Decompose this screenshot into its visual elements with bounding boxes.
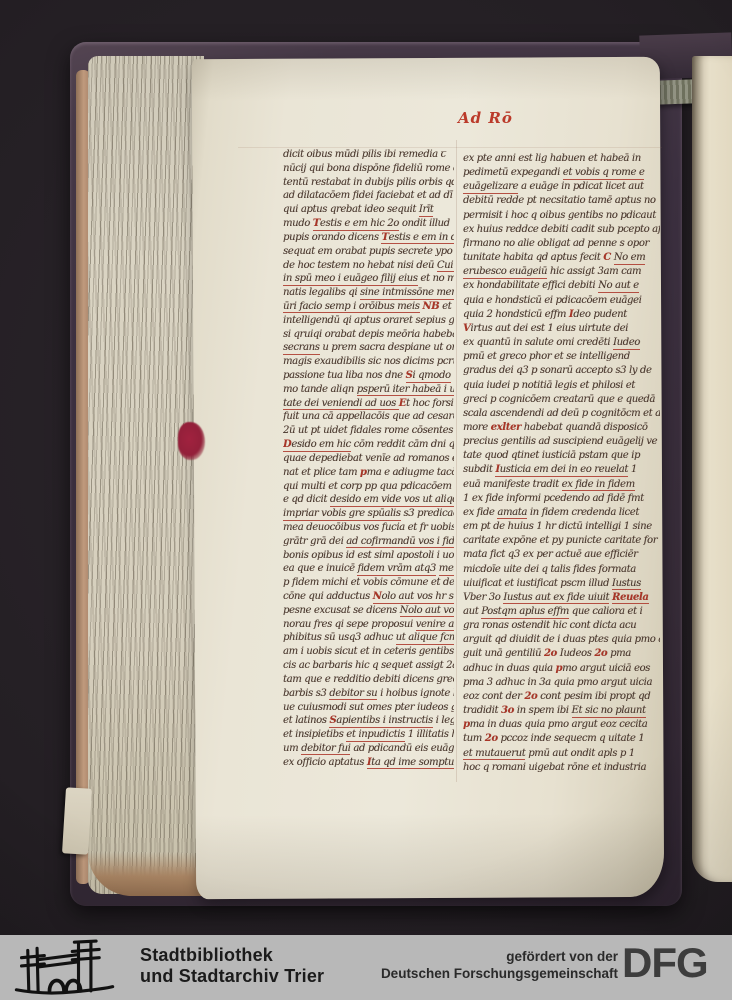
manuscript-line: quia iudei p notitiā legis et philosi et [463, 380, 660, 394]
manuscript-line: uiuificat et iustificat pscm illud Iustu… [463, 578, 660, 592]
ink-text: ex quantū in salute omi credēti [463, 337, 613, 348]
ink-text: ex fide [463, 507, 497, 518]
ink-text: mata fict q3 ex per actuē aue efficiēr [463, 549, 638, 560]
library-name-line1: Stadtbibliothek [140, 945, 324, 966]
rubricated-text: p [463, 719, 470, 730]
manuscript-line: Virtus aut dei est 1 eius uirtute dei [463, 323, 660, 337]
ink-text: tate quod qtinet iusticiā pstam que ip [463, 450, 640, 461]
ink-text: i qmodo [412, 370, 450, 383]
red-wax-stain [178, 422, 205, 460]
manuscript-line: e qd dicit desido em vide vos ut aliqd [283, 494, 454, 508]
ink-text: ue cuiusmodi sut omes pter iudeos grecos [283, 702, 454, 713]
ink-text: habebat quandā disposicō [521, 422, 648, 433]
ink-text: in spem ibi [514, 705, 572, 716]
manuscript-line: 1 ex fide informi pcedendo ad fidē fmt [463, 493, 660, 507]
ink-text: qui multi et corp pp qua pdicacōem [283, 481, 454, 492]
manuscript-line: intelligendū qi aptus oraret sepius gimu… [283, 315, 454, 329]
ink-text: norau fres qi sepe proposui [283, 619, 416, 630]
ink-text: mo argut uiciā eos [562, 663, 650, 674]
ink-text: natis legalibs qi [283, 287, 360, 298]
ink-text: et vobis q rome e [563, 167, 645, 180]
ink-text: phibitus sū usq3 adhuc [283, 632, 396, 643]
ink-text: et no mobse [418, 273, 454, 284]
ink-text: gradus dei q3 p sonarū accepto s3 ly de [463, 365, 652, 376]
ink-text: nūcij qui bona dispōne fideliū rome cor [283, 163, 454, 174]
left-page-edge-stack [88, 56, 204, 894]
ink-text: tam que e redditio debiti dicens grecis … [283, 674, 454, 685]
ink-text: pupis orando dicens [283, 232, 381, 243]
ink-text: mudo [283, 218, 313, 229]
manuscript-line: pmū et greco phor et se intelligend [463, 351, 660, 365]
manuscript-line: fuit una cā appellacōis que ad cesare de… [283, 411, 454, 425]
ink-text: mea [439, 563, 454, 576]
manuscript-line: phibitus sū usq3 adhuc ut alique fcm hab… [283, 632, 454, 646]
ink-text: 2ū ut pt uidet fidales rome cōsentes [283, 425, 453, 436]
manuscript-line: more exlter habebat quandā disposicō [463, 422, 660, 436]
ink-text: estis e em in d [389, 232, 454, 245]
ink-text: cont pesim ibi propt qd [537, 691, 650, 702]
rubricated-text: exlter [491, 422, 521, 433]
ink-text: ad cofirmandū vos i fide et [346, 536, 454, 549]
ink-text: 1 ex fide informi pcedendo ad fidē fmt [463, 493, 644, 504]
ink-text: Irīt [419, 204, 434, 217]
manuscript-line: ūri facio semp i orōibus meis NB et hoc [283, 301, 454, 315]
ink-text: quia 2 hondsticū effm [463, 309, 569, 320]
ink-text: secrans [283, 342, 320, 355]
rubricated-text: T [381, 232, 388, 245]
right-page-fore-edge [692, 56, 732, 882]
ink-text: subdit [463, 464, 495, 475]
ink-text: ut alique fcm habe [396, 632, 454, 645]
ink-text: que caliora et i [569, 606, 642, 617]
ink-text: tradidit [463, 705, 501, 716]
manuscript-line: pesne excusat se dicens Nolo aut vos ig [283, 605, 454, 619]
manuscript-line: nūcij qui bona dispōne fideliū rome cor [283, 163, 454, 177]
ink-text: pma [607, 648, 631, 659]
ruling-line-horizontal [238, 147, 662, 148]
ink-text: ma e adiugme tacōem [367, 467, 454, 478]
ink-text: quia e hondsticū ei pdicacōem euāgei [463, 295, 641, 306]
manuscript-line: mudo Testis e em hic 2o ondit illud [283, 218, 454, 232]
ink-text: hic assigt 3am cam [547, 266, 641, 277]
manuscript-line: si qruiqi orabat depis meōria habebat ob [283, 329, 454, 343]
ink-text: Et sic no plaunt [572, 705, 646, 718]
manuscript-line: guit unā gentiliū 2o Iudeos 2o pma [463, 648, 660, 662]
manuscript-line: tate dei veniendi ad uos Et hoc forsitan [283, 398, 454, 412]
manuscript-line: de hoc testem no hebat nisi deū Cui suio [283, 260, 454, 274]
ink-text: t hoc forsitan [406, 398, 454, 409]
ink-text: deo pudent [573, 309, 627, 320]
ink-text: ea que e inuicē [283, 563, 357, 574]
manuscript-line: tunitate habita qd aptus fecit C No em [463, 252, 660, 266]
rubricated-text: 2o [524, 691, 537, 702]
manuscript-line: ex quantū in salute omi credēti Iudeo [463, 337, 660, 351]
manuscript-line: precius gentilis ad suscipiend euāgelij … [463, 436, 660, 450]
manuscript-line: mea deuocōibus vos fucia et fr uobis du [283, 522, 454, 536]
ink-text: Postqm aplus effm [481, 606, 569, 619]
ink-text: i hoibus ignote lig [377, 688, 454, 699]
manuscript-line: erubesco euāgeiū hic assigt 3am cam [463, 266, 660, 280]
ink-text: mea deuocōibus vos fucia et fr uobis du [283, 522, 454, 533]
manuscript-line: ex hondabilitate effici debiti No aut e [463, 280, 660, 294]
ink-text: irtus aut dei est 1 eius uirtute dei [470, 323, 628, 334]
ink-text: Nolo aut vos ig [400, 605, 454, 618]
manuscript-line: natis legalibs qi sine intmissōne memori… [283, 287, 454, 301]
manuscript-line: impriar vobis gre spūalis s3 predicacōq [283, 508, 454, 522]
manuscript-line: qui multi et corp pp qua pdicacōem Et ho… [283, 481, 454, 495]
parchment-tab [62, 787, 92, 854]
ink-text: barbis s3 [283, 688, 329, 699]
rubricated-text: 2o [544, 648, 557, 659]
ink-text: pmū et greco phor et se intelligend [463, 351, 630, 362]
manuscript-line: secrans u prem sacra despiane ut oro fit [283, 342, 454, 356]
ink-text: p fidem michi et vobis cōmune et de dila [283, 577, 454, 588]
ink-text: ex hondabilitate effici debiti [463, 280, 598, 291]
footer-banner: Stadtbibliothek und Stadtarchiv Trier ge… [0, 935, 732, 1000]
manuscript-line: ex huius reddce debiti cadit sub pcepto … [463, 224, 660, 238]
manuscript-line: firmano no alie obligat ad penne s opor [463, 238, 660, 252]
ink-text: sine intmissōne memoria [360, 287, 454, 300]
ink-text: si qruiqi orabat depis meōria habebat ob [283, 329, 454, 340]
funding-credit-line1: gefördert von der [381, 949, 618, 966]
ink-text: bonis opibus id est siml apostoli i uobi… [283, 550, 454, 561]
ink-text: cis ac barbaris hic q sequet assigt 2am [283, 660, 454, 671]
manuscript-line: barbis s3 debitor su i hoibus ignote lig [283, 688, 454, 702]
ink-text: venire ad uos et [416, 619, 454, 632]
ink-text: caritate expōne et py punicte caritate f… [463, 535, 657, 546]
text-column-right: ex pte anni est lig habuen et habeā inpe… [463, 153, 660, 778]
ink-text: euāgelizare [463, 181, 518, 194]
manuscript-line: eoz cont der 2o cont pesim ibi propt qd [463, 691, 660, 705]
manuscript-line: Desido em hic cōm reddit cām dni qui s3 [283, 439, 454, 453]
ruling-line-vertical [456, 140, 457, 782]
rubricated-text: C [603, 252, 611, 263]
ink-text: de hoc testem no hebat nisi deū [283, 260, 437, 271]
manuscript-line: Vber 3o Iustus aut ex fide uiuit Reuela [463, 592, 660, 606]
ink-text: em pt de huius 1 hr dictū intelligi 1 si… [463, 521, 652, 532]
ink-text: et insipietibs [283, 729, 346, 740]
ink-text: more [463, 422, 491, 433]
ink-text: dicit oibus mūdi pilis ibi remedia ꞇ [283, 149, 446, 160]
ink-text: debitū redde pt necsitatio tamē aptus no [463, 195, 656, 206]
ink-text: ta qd ime somptus est [371, 757, 454, 770]
ink-text: ex huius reddce debiti cadit sub pcepto … [463, 224, 660, 235]
ink-text: sequat em orabat pupis secrete ypo [283, 246, 452, 257]
ink-text: desido em vide vos ut aliqd [330, 494, 454, 507]
ink-text: Iustus aut ex fide uiuit [503, 592, 609, 605]
ink-text: 1 [628, 464, 637, 475]
manuscript-line: tentū restabat in dubijs pilis orbis qd [283, 177, 454, 191]
ink-text: pma 3 adhuc in 3a quia pmo argut uicia [463, 677, 652, 688]
ink-text: mo tande aliqn [283, 384, 357, 395]
ink-text: fuit una cā appellacōis que ad cesare de… [283, 411, 454, 422]
ink-text: erubesco euāgeiū [463, 266, 547, 279]
ink-text: estis e em hic 2o [320, 218, 399, 231]
ink-text: u prem sacra despiane ut oro fit [320, 342, 454, 353]
ink-text: precius gentilis ad suscipiend euāgelij … [463, 436, 657, 447]
ink-text: intelligendū qi aptus oraret sepius gimu… [283, 315, 454, 326]
manuscript-line: bonis opibus id est siml apostoli i uobi… [283, 550, 454, 564]
manuscript-line: in spū meo i euāgeo filij eius et no mob… [283, 273, 454, 287]
manuscript-line: qui aptus qrebat ideo sequit Irīt [283, 204, 454, 218]
ink-text: pedimetū expegandi [463, 167, 563, 178]
manuscript-line: tum 2o pccoz inde sequecm q uitate 1 [463, 733, 660, 747]
ink-text: et hoc [439, 301, 454, 312]
ink-text: olo aut vos hr so [381, 591, 454, 604]
running-title: Ad Rō [458, 109, 513, 127]
manuscript-line: tate quod qtinet iusticiā pstam que ip [463, 450, 660, 464]
manuscript-line: passione tua liba nos dne Si qmodo i ult… [283, 370, 454, 384]
ink-text: fidem vrām atq3 [357, 563, 435, 576]
manuscript-line: pma in duas quia pmo argut eoz cecita [463, 719, 660, 733]
manuscript-line: adhuc in duas quia pmo argut uiciā eos [463, 663, 660, 677]
ink-text: quae depediebat venīe ad romanos et assi… [283, 453, 454, 464]
ink-text: am i uobis sicut et in ceteris gentibs [283, 646, 454, 657]
manuscript-line: gradus dei q3 p sonarū accepto s3 ly de [463, 365, 660, 379]
manuscript-line: permisit i hoc q oibus gentibs no pdicau… [463, 210, 660, 224]
manuscript-line: ex fide amata in fidem credenda licet [463, 507, 660, 521]
ink-text: permisit i hoc q oibus gentibs no pdicau… [463, 210, 656, 221]
ink-text: pmū aut ondit apls p 1 [525, 748, 634, 759]
manuscript-line: euāgelizare a euāge in pdicat licet aut [463, 181, 660, 195]
manuscript-line: quia e hondsticū ei pdicacōem euāgei [463, 295, 660, 309]
ink-text: tate dei veniendi ad uos [283, 398, 399, 411]
ink-text: i lege [433, 715, 454, 726]
manuscript-line: caritate expōne et py punicte caritate f… [463, 535, 660, 549]
ink-text: eoz cont der [463, 691, 524, 702]
ink-text: passione tua liba nos dne [283, 370, 406, 381]
stadtbibliothek-trier-logo-icon [12, 938, 116, 996]
ink-text: ma in duas quia pmo argut eoz cecita [470, 719, 648, 730]
manuscript-line: ex pte anni est lig habuen et habeā in [463, 153, 660, 167]
ink-text: arguit qd diuidit de i duas ptes quia pm… [463, 634, 660, 645]
manuscript-line: euā manifeste tradit ex fide in fidem [463, 479, 660, 493]
ink-text: micdoīe uite dei q talis fides formata [463, 564, 636, 575]
ink-text: i ulta [451, 370, 454, 381]
rubricated-text: E [399, 398, 406, 409]
manuscript-line: mo tande aliqn psperū iter habeā i uolu [283, 384, 454, 398]
ink-text: a euāge in pdicat licet aut [518, 181, 643, 192]
manuscript-line: magis exaudibilis sic nos dicims pcruce … [283, 356, 454, 370]
ink-text: firmano no alie obligat ad penne s opor [463, 238, 649, 249]
manuscript-line: um debitor fui ad pdicandū eis euāgeliū [283, 743, 454, 757]
manuscript-line: et insipietibs et inpudictis 1 illitatis… [283, 729, 454, 743]
ink-text: uiuificat et iustificat pscm illud [463, 578, 612, 589]
digitized-manuscript-photo: Ad Rō dicit oibus mūdi pilis ibi remedia… [0, 0, 732, 1000]
ink-text: qui aptus qrebat ideo sequit [283, 204, 419, 215]
manuscript-line: et latinos Sapientibs i instructis i leg… [283, 715, 454, 729]
manuscript-line: hoc q romani uigebat rōne et industria [463, 762, 660, 776]
manuscript-line: nat et plice tam pma e adiugme tacōem [283, 467, 454, 481]
rubricated-text: 2o [485, 733, 498, 744]
manuscript-line: pedimetū expegandi et vobis q rome e [463, 167, 660, 181]
rubricated-text: 2o [594, 648, 607, 659]
text-column-left: dicit oibus mūdi pilis ibi remedia ꞇnūci… [283, 149, 454, 775]
ink-text: Iudeo [613, 337, 640, 350]
library-name-line2: und Stadtarchiv Trier [140, 966, 324, 987]
manuscript-line: quia 2 hondsticū effm Ideo pudent [463, 309, 660, 323]
manuscript-line: cis ac barbaris hic q sequet assigt 2am [283, 660, 454, 674]
ink-text: s3 predicacōq [401, 508, 454, 519]
manuscript-line: micdoīe uite dei q talis fides formata [463, 564, 660, 578]
ink-text: tentū restabat in dubijs pilis orbis qd [283, 177, 454, 188]
manuscript-line: ea que e inuicē fidem vrām atq3 mea [283, 563, 454, 577]
manuscript-line: ex officio aptatus Ita qd ime somptus es… [283, 757, 454, 771]
ink-text: et mutauerut [463, 748, 525, 761]
manuscript-line: scala ascendendi ad deū p cognitōcm et a [463, 408, 660, 422]
ink-text: tunitate habita qd aptus fecit [463, 252, 603, 263]
ink-text: ad dilatacōem fidei faciebat et ad dī it… [283, 190, 454, 201]
rubricated-text: 3o [501, 705, 514, 716]
ink-text: esido em hic [291, 439, 350, 452]
ink-text: amata [497, 507, 527, 520]
ink-text: cōne qui adductus [283, 591, 373, 602]
ink-text: adhuc in duas quia [463, 663, 556, 674]
manuscript-line: am i uobis sicut et in ceteris gentibs G… [283, 646, 454, 660]
ink-text: cōm reddit cām dni qui s3 [351, 439, 454, 450]
ink-text: um [283, 743, 301, 754]
manuscript-line: subdit Iusticia em dei in eo reuelat 1 [463, 464, 660, 478]
manuscript-line: quae depediebat venīe ad romanos et assi… [283, 453, 454, 467]
ink-text: No em [614, 252, 646, 265]
ink-text: ex fide in fidem [562, 479, 635, 492]
manuscript-line: greci p cognicōem creatarū que e quedā [463, 394, 660, 408]
manuscript-line: ad dilatacōem fidei faciebat et ad dī it… [283, 190, 454, 204]
ink-text: et latinos [283, 715, 329, 726]
manuscript-line: ue cuiusmodi sut omes pter iudeos grecos [283, 702, 454, 716]
ink-text: greci p cognicōem creatarū que e quedā [463, 394, 655, 405]
rubricated-text: I [495, 464, 499, 477]
ink-text: ad pdicandū eis euāgeliū [350, 743, 454, 754]
ink-text: gra ronas ostendit hic cont dicta acu [463, 620, 636, 631]
ink-text: magis exaudibilis sic nos dicims pcruce … [283, 356, 454, 367]
ink-text: hoc q romani uigebat rōne et industria [463, 762, 646, 773]
manuscript-line: tam que e redditio debiti dicens grecis … [283, 674, 454, 688]
rubricated-text: Reuela [612, 592, 648, 605]
dfg-logo: DFG [622, 939, 708, 987]
manuscript-line: debitū redde pt necsitatio tamē aptus no [463, 195, 660, 209]
ink-text: pccoz inde sequecm q uitate 1 [498, 733, 645, 744]
manuscript-line: dicit oibus mūdi pilis ibi remedia ꞇ [283, 149, 454, 163]
ink-text: Iudeos [557, 648, 594, 659]
ink-text: e qd dicit [283, 494, 330, 505]
rubricated-text: p [360, 467, 367, 478]
ink-text: in spū meo i euāgeo filij eius [283, 273, 418, 286]
ink-text: euā manifeste tradit [463, 479, 562, 490]
rubricated-text: T [313, 218, 320, 231]
ink-text: grātr grā dei [283, 536, 346, 547]
ink-text: No aut e [598, 280, 639, 293]
ink-text: usticia em dei in eo reuelat [500, 464, 628, 477]
manuscript-line: tradidit 3o in spem ibi Et sic no plaunt [463, 705, 660, 719]
manuscript-line: cōne qui adductus Nolo aut vos hr so [283, 591, 454, 605]
manuscript-line: pma 3 adhuc in 3a quia pmo argut uicia [463, 677, 660, 691]
ink-text: 1 illitatis hor [405, 729, 454, 740]
ink-text: Cui suio [437, 260, 454, 273]
ink-text: ex officio aptatus [283, 757, 367, 768]
manuscript-line: grātr grā dei ad cofirmandū vos i fide e… [283, 536, 454, 550]
ink-text: nat et plice tam [283, 467, 360, 478]
ink-text: Vber 3o [463, 592, 503, 603]
ink-text: quia iudei p notitiā legis et philosi et [463, 380, 635, 391]
manuscript-line: mata fict q3 ex per actuē aue efficiēr [463, 549, 660, 563]
ink-text: impriar vobis gre spūalis [283, 508, 401, 521]
funding-credit-line2: Deutschen Forschungsgemeinschaft [381, 966, 618, 983]
ink-text: pesne excusat se dicens [283, 605, 400, 616]
ink-text: apientibs i instructis [336, 715, 433, 728]
ink-text: aut [463, 606, 481, 617]
manuscript-line: norau fres qi sepe proposui venire ad uo… [283, 619, 454, 633]
ink-text: et inpudictis [346, 729, 405, 742]
ink-text: scala ascendendi ad deū p cognitōcm et a [463, 408, 660, 419]
ink-text: ex pte anni est lig habuen et habeā in [463, 153, 641, 164]
manuscript-line: arguit qd diuidit de i duas ptes quia pm… [463, 634, 660, 648]
manuscript-line: em pt de huius 1 hr dictū intelligi 1 si… [463, 521, 660, 535]
library-name: Stadtbibliothek und Stadtarchiv Trier [140, 945, 324, 987]
manuscript-line: aut Postqm aplus effm que caliora et i [463, 606, 660, 620]
manuscript-line: 2ū ut pt uidet fidales rome cōsentes [283, 425, 454, 439]
ink-text: ūri facio semp i orōibus meis [283, 301, 420, 314]
ink-text: debitor su [329, 688, 377, 701]
rubricated-text: NB [422, 301, 439, 312]
ink-text: debitor fui [301, 743, 350, 756]
ink-text: ondit illud [399, 218, 450, 229]
ink-text: tum [463, 733, 485, 744]
funding-credit: gefördert von der Deutschen Forschungsge… [381, 949, 618, 982]
manuscript-line: sequat em orabat pupis secrete ypo [283, 246, 454, 260]
manuscript-line: et mutauerut pmū aut ondit apls p 1 [463, 748, 660, 762]
manuscript-line: pupis orando dicens Testis e em in d [283, 232, 454, 246]
ink-text: psperū iter habeā i uolu [357, 384, 454, 397]
ink-text: in fidem credenda licet [527, 507, 639, 518]
manuscript-line: gra ronas ostendit hic cont dicta acu [463, 620, 660, 634]
ink-text: Iustus [612, 578, 641, 591]
manuscript-line: p fidem michi et vobis cōmune et de dila [283, 577, 454, 591]
ink-text: guit unā gentiliū [463, 648, 544, 659]
